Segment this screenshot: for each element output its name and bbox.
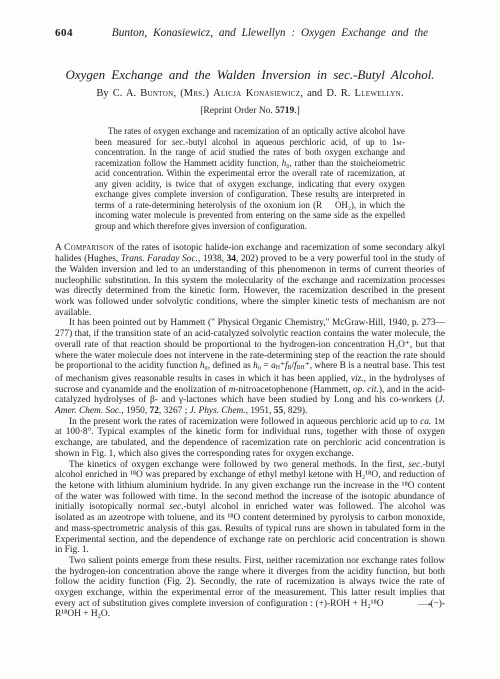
page-number: 604 xyxy=(55,27,95,40)
paragraph-salient-points: Two salient points emerge from these res… xyxy=(55,556,445,620)
paragraph-comparison: A Comparison of the rates of isotopic ha… xyxy=(55,243,445,318)
running-head: 604 Bunton, Konasiewicz, and Llewellyn :… xyxy=(55,27,445,40)
running-head-title: Bunton, Konasiewicz, and Llewellyn : Oxy… xyxy=(95,27,445,40)
journal-page: 604 Bunton, Konasiewicz, and Llewellyn :… xyxy=(0,0,500,620)
paragraph-hammett: It has been pointed out by Hammett (" Ph… xyxy=(55,318,445,416)
article-title: Oxygen Exchange and the Walden Inversion… xyxy=(55,67,445,82)
paragraph-present-work: In the present work the rates of racemiz… xyxy=(55,417,445,460)
reprint-order: [Reprint Order No. 5719.] xyxy=(55,106,445,117)
paragraph-kinetics-methods: The kinetics of oxygen exchange were fol… xyxy=(55,460,445,556)
byline: By C. A. Bunton, (Mrs.) Alicja Konasiewi… xyxy=(55,88,445,100)
article-body: A Comparison of the rates of isotopic ha… xyxy=(55,243,445,620)
scanned-journal-page: { "page": { "background": "#fdfdfc", "te… xyxy=(0,0,500,679)
abstract: The rates of oxygen exchange and racemiz… xyxy=(95,126,405,231)
